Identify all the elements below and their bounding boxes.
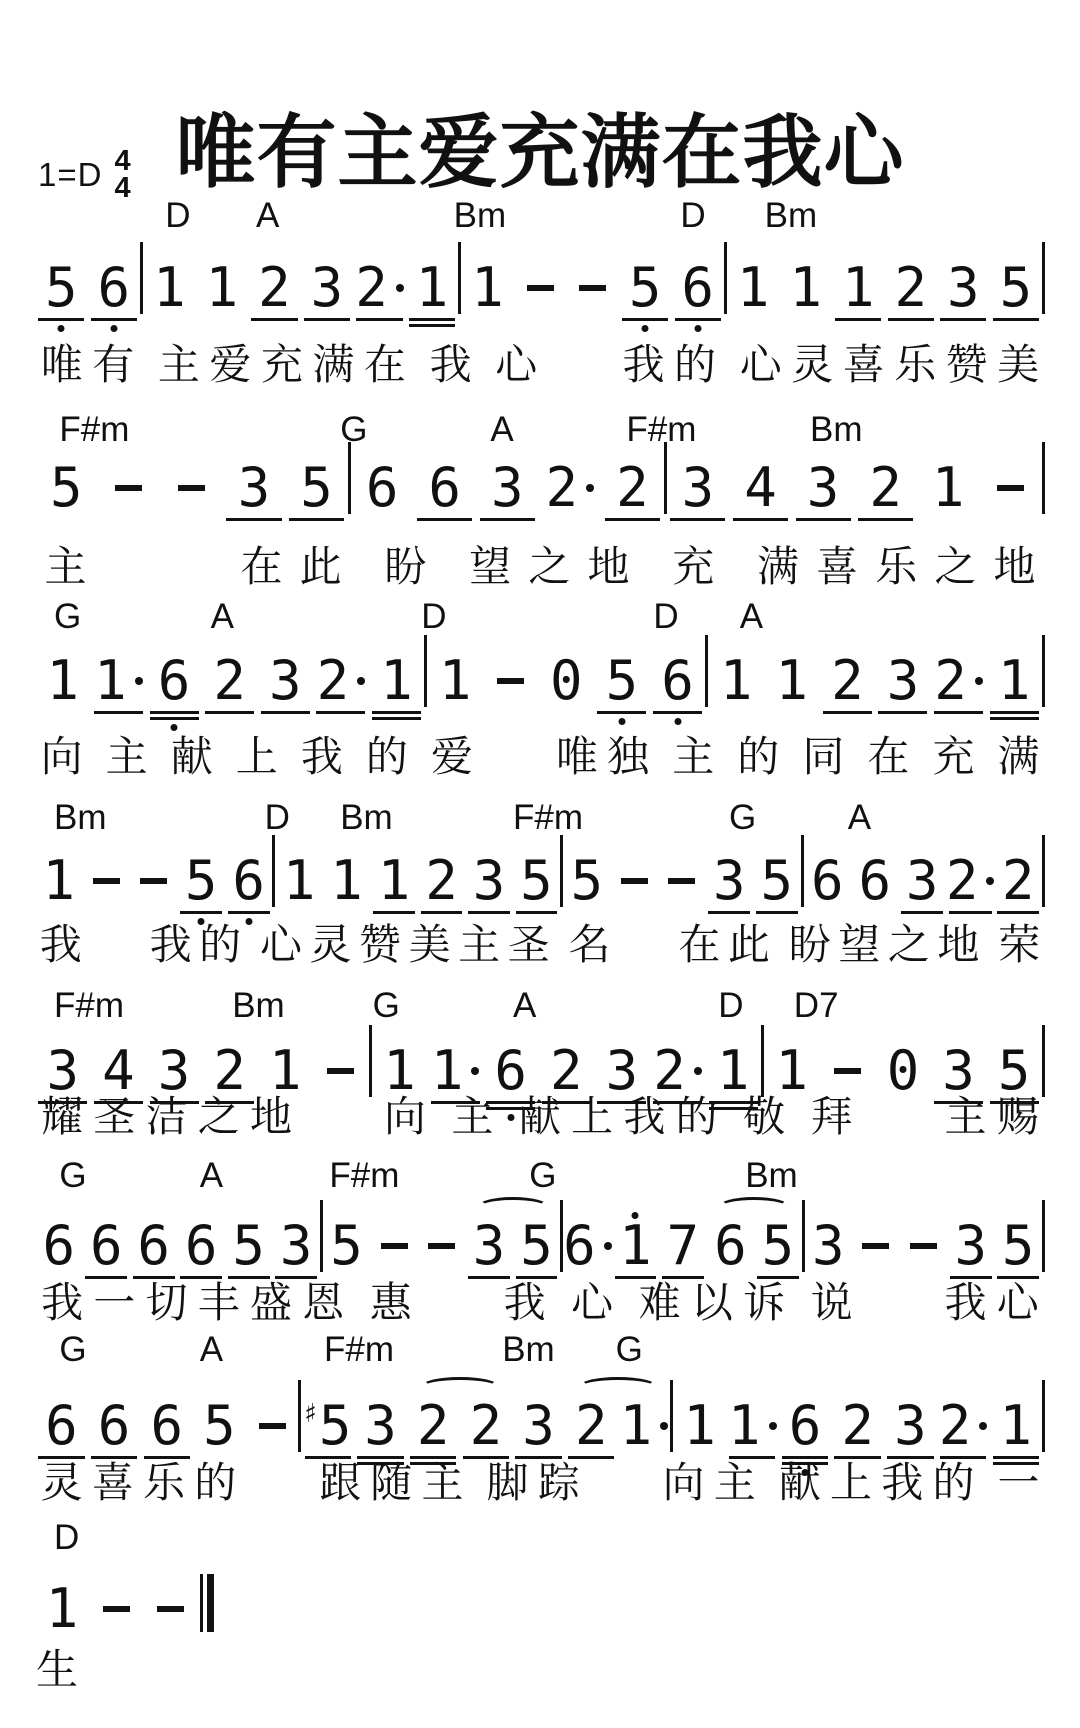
note-token: 5 [994, 1218, 1041, 1274]
underline-1 [180, 911, 222, 915]
lyric-line: 生 [36, 1645, 78, 1695]
dot-after [660, 1422, 668, 1430]
underline-1 [228, 911, 270, 915]
duration-dash [621, 878, 648, 884]
underline-1 [901, 911, 943, 915]
chord-label: G [616, 1330, 643, 1370]
note-number: 6 [185, 1219, 218, 1273]
note-token: 5 [753, 853, 800, 909]
music-system: GAF#mGBm66665353561765335我一切丰盛恩惠我心难以诉说我心 [0, 0, 1080, 1728]
lyric-char: 我 [618, 340, 669, 390]
lyric-char: 心 [735, 340, 786, 390]
underline-1 [782, 1456, 828, 1460]
note-number: 3 [713, 854, 746, 908]
note-token: 6 [707, 1218, 754, 1274]
lyric-char: 充 [256, 340, 307, 390]
notes-row: 5356632234321 [35, 452, 1045, 524]
barline [560, 835, 563, 907]
chord-label: Bm [54, 798, 107, 838]
note-token: 1 [323, 853, 370, 909]
note-token: 6 [225, 853, 272, 909]
underline-1 [993, 1456, 1039, 1460]
note-number: 4 [102, 1044, 135, 1098]
note-token: 6 [413, 460, 476, 516]
lyric-line: 向主献上我的爱唯独主的同在充满 [36, 732, 1044, 782]
dot-after [135, 677, 143, 685]
lyric-line: 灵喜乐的跟随主脚踪向主献上我的一 [36, 1458, 1044, 1508]
lyric-char: 在 [359, 340, 410, 390]
note-number: 1 [775, 654, 808, 708]
lyric-char: 我 [939, 1278, 991, 1328]
note-token: 6 [177, 1218, 224, 1274]
note-token: 5 [619, 260, 672, 316]
dash-token [98, 460, 161, 516]
note-token: 7 [659, 1218, 706, 1274]
low-octave-dot [507, 1114, 514, 1121]
lyric-char: 我 [618, 1092, 670, 1142]
note-number: 3 [807, 461, 840, 515]
underline-1 [316, 711, 365, 715]
underline-1 [91, 1456, 137, 1460]
note-token: 2 [854, 460, 917, 516]
note-number: 3 [473, 854, 506, 908]
note-number: 6 [232, 854, 265, 908]
note-number: 2 [946, 854, 979, 908]
underline-1 [940, 318, 986, 322]
lyric-char: 主 [101, 732, 152, 782]
song-title: 唯有主爱充满在我心 [0, 88, 1080, 203]
note-token: 3 [35, 1043, 91, 1099]
chord-row: D [0, 1518, 1080, 1560]
music-system: GADDA11623211056112321向主献上我的爱唯独主的同在充满 [0, 0, 1080, 1728]
duration-dash [527, 285, 554, 291]
note-number: 6 [789, 1399, 822, 1453]
lyric-char: 美 [405, 920, 455, 970]
note-number: 2 [939, 1399, 972, 1453]
lyric-line: 我一切丰盛恩惠我心难以诉说我心 [36, 1278, 1044, 1328]
chord-label: Bm [232, 986, 285, 1026]
dot-after [694, 1067, 702, 1075]
note-token: 1 [257, 1043, 313, 1099]
note-number: 2 [550, 1044, 583, 1098]
note-number: 5 [50, 461, 83, 515]
note-token: 2 [460, 1398, 513, 1454]
notes-row: 56112321156111235 [35, 252, 1045, 324]
barline [670, 1380, 673, 1452]
lyric-char: 主 [417, 1458, 468, 1508]
note-token: 1 [143, 260, 196, 316]
note-number: 1 [683, 1399, 716, 1453]
underline-1 [834, 1456, 880, 1460]
dash-token [483, 653, 539, 709]
note-number: 2 [869, 461, 902, 515]
note-number: 1 [471, 261, 504, 315]
lyric-char: 心 [256, 920, 306, 970]
note-number: 2 [317, 654, 350, 708]
lyric-char: 我 [296, 732, 347, 782]
note-token: 1 [369, 653, 425, 709]
underline-1 [226, 518, 281, 522]
note-number: 5 [300, 461, 333, 515]
lyric-char: 踪 [533, 1458, 584, 1508]
lyric-char: 爱 [205, 340, 256, 390]
lyric-char: 跟 [314, 1458, 365, 1508]
notes-row: 66665353561765335 [35, 1210, 1045, 1282]
underline-1 [823, 711, 872, 715]
note-token: 1 [832, 260, 885, 316]
note-number: 5 [998, 1044, 1031, 1098]
lyric-char: 主 [446, 1092, 498, 1142]
chord-label: A [200, 1330, 223, 1370]
note-number: 5 [520, 854, 553, 908]
note-number: 5 [629, 261, 662, 315]
note-number: 3 [311, 261, 344, 315]
note-number: 3 [269, 654, 302, 708]
note-token: 2 [202, 653, 258, 709]
duration-dash [103, 1606, 130, 1612]
barline [802, 1200, 805, 1272]
note-number: 1 [380, 654, 413, 708]
chord-label: D [653, 597, 678, 637]
underline-2 [782, 1462, 828, 1466]
underline-1 [997, 1276, 1039, 1280]
note-number: 1 [42, 854, 75, 908]
underline-1 [729, 1456, 775, 1460]
underline-1 [356, 318, 402, 322]
note-number: 4 [744, 461, 777, 515]
note-number: 6 [858, 854, 891, 908]
lyric-char: 以 [686, 1278, 738, 1328]
lyric-char: 说 [806, 1278, 858, 1328]
barline [1042, 242, 1045, 314]
note-token: 3 [937, 260, 990, 316]
lyric-line: 唯有主爱充满在我心我的心灵喜乐赞美 [36, 340, 1044, 390]
chord-label: D7 [794, 986, 839, 1026]
lyric-char: 心 [491, 340, 542, 390]
sharp-accidental: ♯ [304, 1399, 317, 1429]
dash-token [900, 1218, 947, 1274]
note-number: 3 [947, 261, 980, 315]
dash-token [160, 460, 223, 516]
barline [298, 1380, 301, 1452]
note-token: 2 [601, 460, 664, 516]
lyric-char: 切 [140, 1278, 192, 1328]
note-token: 6 [779, 1398, 832, 1454]
underline-2 [709, 1107, 758, 1111]
note-token: 2 [538, 1043, 594, 1099]
lyric-char: 我 [425, 340, 476, 390]
chord-label: Bm [340, 798, 393, 838]
note-number: 6 [45, 1399, 78, 1453]
underline-1 [597, 711, 646, 715]
dash-token [658, 853, 705, 909]
note-token: 3 [884, 1398, 937, 1454]
lyric-char: 赞 [941, 340, 992, 390]
note-number: 3 [894, 1399, 927, 1453]
lyric-char: 献 [774, 1458, 825, 1508]
underline-1 [372, 711, 421, 715]
lyric-char: 爱 [426, 732, 477, 782]
barline [1042, 442, 1045, 514]
note-token: 6 [804, 853, 851, 909]
note-token: 1 [764, 653, 820, 709]
chord-label: F#m [329, 1156, 399, 1196]
note-token: 3 [476, 460, 539, 516]
underline-1 [205, 1101, 254, 1105]
note-number: 1 [717, 1044, 750, 1098]
note-number: 1 [283, 854, 316, 908]
underline-1 [85, 1276, 127, 1280]
dash-token [82, 853, 129, 909]
note-token: 1 [427, 653, 483, 709]
note-token: 1 [779, 260, 832, 316]
note-token: 3 [947, 1218, 994, 1274]
note-number: 2 [425, 854, 458, 908]
underline-1 [305, 1456, 351, 1460]
lyric-char: 美 [992, 340, 1043, 390]
underline-1 [516, 911, 558, 915]
note-token: 5 [35, 260, 88, 316]
underline-1 [675, 318, 721, 322]
note-number: 2 [355, 261, 388, 315]
note-token: 5 [323, 1218, 370, 1274]
barline [1042, 635, 1045, 707]
chord-label: A [513, 986, 536, 1026]
lyric-char: 耀 [36, 1092, 88, 1142]
lyric-char: 灵 [36, 1458, 87, 1508]
underline-1 [94, 1101, 143, 1105]
lyric-char: 圣 [88, 1092, 140, 1142]
barline [424, 635, 427, 707]
lyric-char: 在 [863, 732, 914, 782]
dot-after [604, 1242, 612, 1250]
note-token: 2 [565, 1398, 618, 1454]
notes-row: 11623211056112321 [35, 645, 1045, 717]
note-number: 7 [667, 1219, 700, 1273]
duration-dash [178, 485, 205, 491]
lyric-line: 耀圣洁之地向主献上我的敬拜主赐 [36, 1092, 1044, 1142]
barline [272, 835, 275, 907]
note-token: 2 [931, 653, 987, 709]
note-number: 2 [831, 654, 864, 708]
note-token: 6 [140, 1398, 193, 1454]
note-token: 2 [831, 1398, 884, 1454]
lyric-char: 喜 [838, 340, 889, 390]
lyric-char: 我 [146, 920, 196, 970]
note-number: 5 [1000, 261, 1033, 315]
note-number: 6 [714, 1219, 747, 1273]
dash-token [566, 260, 619, 316]
end-barline-thin [200, 1574, 203, 1632]
lyric-char: 充 [928, 732, 979, 782]
lyric-char: 望 [835, 920, 885, 970]
note-token: 5 [754, 1218, 801, 1274]
note-number: 2 [546, 461, 579, 515]
note-number: 3 [887, 654, 920, 708]
lyric-line: 主在此盼望之地充满喜乐之地 [36, 542, 1044, 592]
note-token: 1 [461, 260, 514, 316]
lyric-char: 满 [308, 340, 359, 390]
chord-label: D [421, 597, 446, 637]
note-token: 3 [512, 1398, 565, 1454]
lyric-char: 之 [884, 920, 934, 970]
note-number: 6 [681, 261, 714, 315]
barline [140, 242, 143, 314]
chord-label: A [848, 798, 871, 838]
low-octave-dot [245, 918, 252, 925]
note-number: 1 [206, 261, 239, 315]
low-octave-dot [171, 724, 178, 731]
chord-label: G [59, 1330, 86, 1370]
dash-token [514, 260, 567, 316]
note-number: 5 [761, 854, 794, 908]
lyric-char: 我 [877, 1458, 928, 1508]
lyric-char: 心 [566, 1278, 618, 1328]
underline-2 [357, 1462, 403, 1466]
lyric-char: 地 [245, 1092, 297, 1142]
lyric-char: 献 [514, 1092, 566, 1142]
barline [761, 1025, 764, 1097]
note-number: 1 [775, 1044, 808, 1098]
note-number: 2 [575, 1399, 608, 1453]
underline-1 [516, 1276, 558, 1280]
note-token: 1 [764, 1043, 820, 1099]
note-token: 3 [272, 1218, 319, 1274]
low-octave-dot [58, 325, 65, 332]
chord-label: D [718, 986, 743, 1026]
note-number: 2 [470, 1399, 503, 1453]
note-number: 6 [98, 1399, 131, 1453]
lyric-char: 的 [928, 1458, 979, 1508]
chord-label: G [54, 597, 81, 637]
lyric-char: 灵 [786, 340, 837, 390]
barline [320, 1200, 323, 1272]
note-token: 6 [88, 260, 141, 316]
note-token: 1 [612, 1218, 659, 1274]
lyric-char: 此 [291, 542, 350, 592]
note-token: 1 [727, 260, 780, 316]
underline-1 [275, 1276, 317, 1280]
lyric-char: 主 [454, 920, 504, 970]
dash-token [313, 1043, 369, 1099]
underline-1 [934, 1101, 983, 1105]
underline-1 [605, 518, 660, 522]
note-token: 3 [301, 260, 354, 316]
chord-label: Bm [745, 1156, 798, 1196]
note-token: 1 [708, 653, 764, 709]
underline-1 [38, 1101, 87, 1105]
note-number: 6 [661, 654, 694, 708]
chord-label: D [265, 798, 290, 838]
lyric-char: 名 [565, 920, 615, 970]
note-number: 2 [934, 654, 967, 708]
dash-token [143, 1581, 197, 1637]
underline-2 [372, 717, 421, 721]
underline-1 [180, 1276, 222, 1280]
note-token: 2 [650, 1043, 706, 1099]
note-token: 2 [407, 1398, 460, 1454]
duration-dash [327, 1068, 354, 1074]
lyric-char: 盼 [376, 542, 435, 592]
chord-label: G [529, 1156, 556, 1196]
note-number: 1 [620, 1399, 653, 1453]
lyric-char: 同 [798, 732, 849, 782]
underline-1 [835, 318, 881, 322]
note-token: 1 [726, 1398, 779, 1454]
lyric-char: 随 [366, 1458, 417, 1508]
key-signature: 1=D 4 4 [38, 148, 131, 202]
underline-1 [357, 1456, 403, 1460]
slur-group: 65 [707, 1218, 802, 1274]
note-number: 1 [737, 261, 770, 315]
lyric-char: 生 [36, 1645, 78, 1695]
barline [664, 442, 667, 514]
chord-label: F#m [626, 410, 696, 450]
note-number: 3 [47, 1044, 80, 1098]
underline-1 [733, 518, 788, 522]
note-number: 6 [494, 1044, 527, 1098]
barline [560, 1200, 563, 1272]
lyric-char: 地 [579, 542, 638, 592]
note-token: 3 [257, 653, 313, 709]
duration-dash [381, 1243, 408, 1249]
underline-1 [38, 318, 84, 322]
note-number: 5 [319, 1399, 352, 1453]
note-number: 5 [520, 1219, 553, 1273]
lyric-char: 献 [166, 732, 217, 782]
note-token: 1 [196, 260, 249, 316]
note-number: 6 [158, 654, 191, 708]
underline-1 [409, 318, 455, 322]
lyric-char: 满 [748, 542, 807, 592]
underline-1 [304, 318, 350, 322]
chord-label: G [373, 986, 400, 1026]
lyric-char: 我 [499, 1278, 551, 1328]
note-number: 5 [1002, 1219, 1035, 1273]
duration-dash [997, 485, 1024, 491]
meter-top: 4 [114, 148, 130, 175]
chord-label: F#m [54, 986, 124, 1026]
underline-1 [417, 518, 472, 522]
note-number: 1 [789, 261, 822, 315]
note-token: 1 [35, 1581, 89, 1637]
lyric-char: 的 [733, 732, 784, 782]
note-token: 3 [898, 853, 945, 909]
lyric-char: 满 [993, 732, 1044, 782]
note-token: 6 [82, 1218, 129, 1274]
underline-1 [708, 911, 750, 915]
underline-1 [950, 1276, 992, 1280]
note-token: 0 [875, 1043, 931, 1099]
note-number: 3 [606, 1044, 639, 1098]
note-token: 6 [88, 1398, 141, 1454]
dash-token [611, 853, 658, 909]
note-token: 6 [351, 460, 414, 516]
note-token: 5 [594, 653, 650, 709]
chord-row: GAF#mGBm [0, 1156, 1080, 1198]
note-token: 3 [594, 1043, 650, 1099]
notes-row: 6665♯53223211162321 [35, 1390, 1045, 1462]
note-token: 5 [990, 260, 1043, 316]
note-token: 1 [989, 1398, 1042, 1454]
note-number: 1 [439, 654, 472, 708]
note-number: 3 [522, 1399, 555, 1453]
dash-token [418, 1218, 465, 1274]
chord-row: GAF#mBmG [0, 1330, 1080, 1372]
key-tonic: 1=D [38, 156, 102, 194]
barline [348, 442, 351, 514]
underline-1 [542, 1101, 591, 1105]
